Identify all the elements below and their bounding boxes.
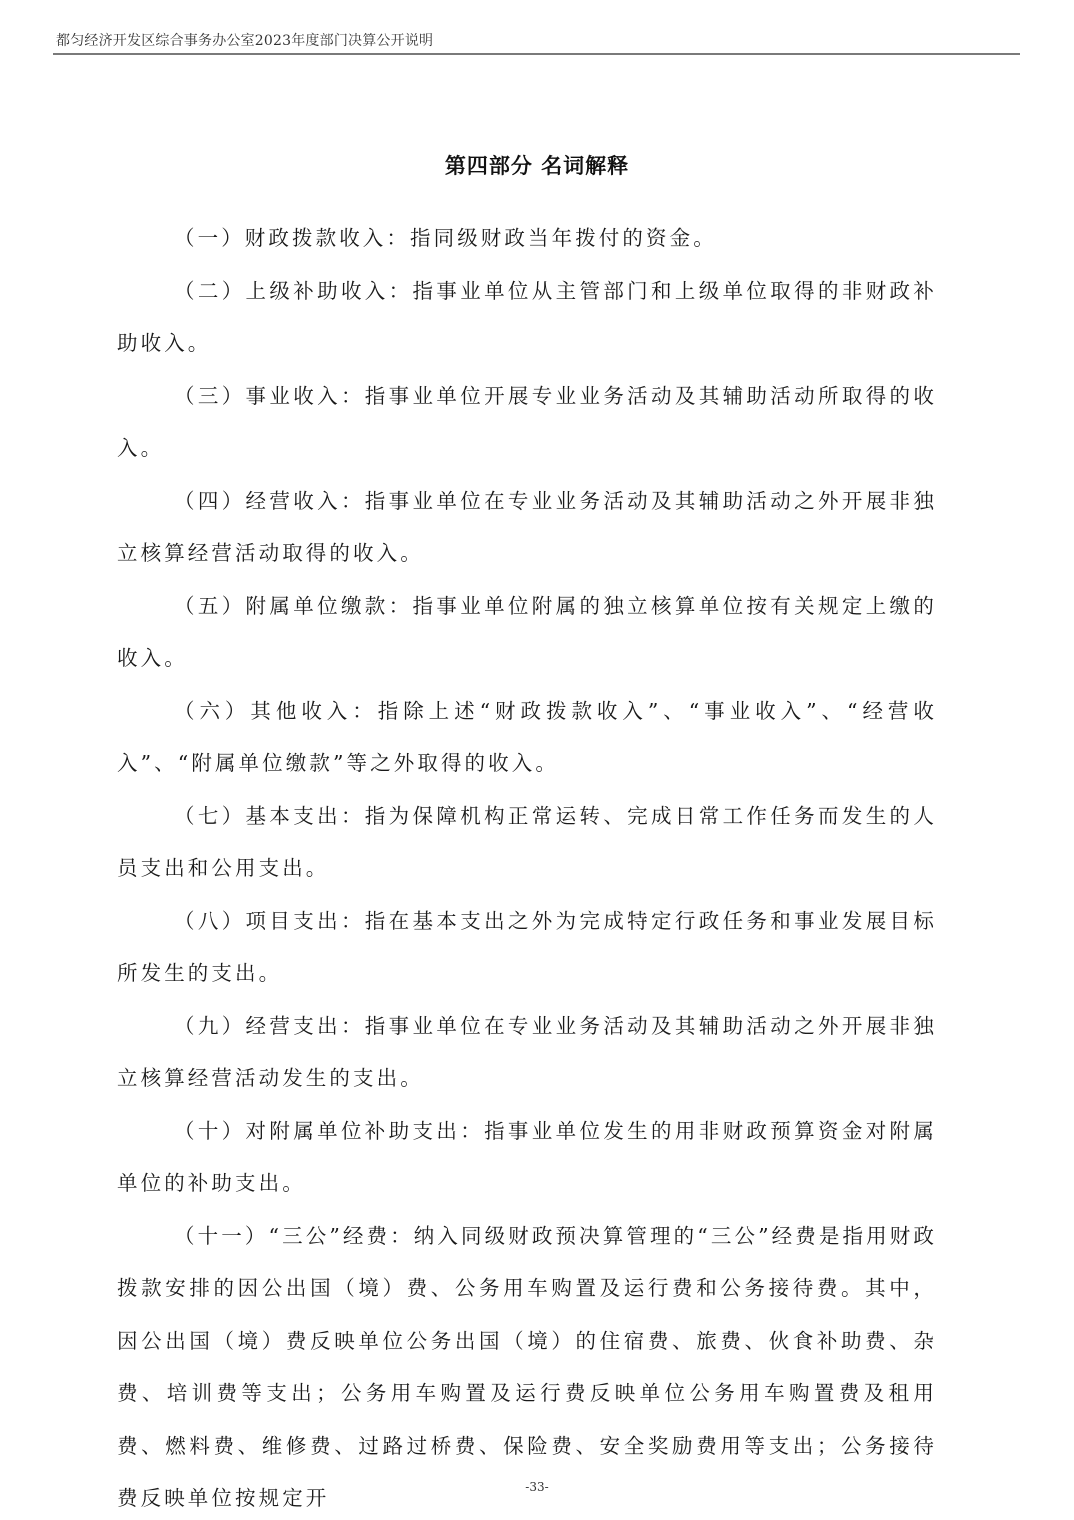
definition-paragraph-4: （四）经营收入：指事业单位在专业业务活动及其辅助活动之外开展非独立核算经营活动取… (117, 475, 937, 580)
definition-paragraph-8: （八）项目支出：指在基本支出之外为完成特定行政任务和事业发展目标所发生的支出。 (117, 895, 937, 1000)
page-number: -33- (0, 1480, 1074, 1494)
definition-paragraph-9: （九）经营支出：指事业单位在专业业务活动及其辅助活动之外开展非独立核算经营活动发… (117, 1000, 937, 1105)
document-body: （一）财政拨款收入：指同级财政当年拨付的资金。 （二）上级补助收入：指事业单位从… (117, 212, 937, 1520)
definition-paragraph-6: （六）其他收入：指除上述“财政拨款收入”、“事业收入”、“经营收入”、“附属单位… (117, 685, 937, 790)
definition-paragraph-2: （二）上级补助收入：指事业单位从主管部门和上级单位取得的非财政补助收入。 (117, 265, 937, 370)
definition-paragraph-7: （七）基本支出：指为保障机构正常运转、完成日常工作任务而发生的人员支出和公用支出… (117, 790, 937, 895)
definition-paragraph-1: （一）财政拨款收入：指同级财政当年拨付的资金。 (117, 212, 937, 265)
definition-paragraph-5: （五）附属单位缴款：指事业单位附属的独立核算单位按有关规定上缴的收入。 (117, 580, 937, 685)
definition-paragraph-10: （十）对附属单位补助支出：指事业单位发生的用非财政预算资金对附属单位的补助支出。 (117, 1105, 937, 1210)
definition-paragraph-3: （三）事业收入：指事业单位开展专业业务活动及其辅助活动所取得的收入。 (117, 370, 937, 475)
header-divider (53, 53, 1020, 55)
running-header: 都匀经济开发区综合事务办公室2023年度部门决算公开说明 (56, 30, 433, 50)
definition-paragraph-11: （十一）“三公”经费：纳入同级财政预决算管理的“三公”经费是指用财政拨款安排的因… (117, 1210, 937, 1520)
page-title: 第四部分 名词解释 (0, 150, 1074, 180)
